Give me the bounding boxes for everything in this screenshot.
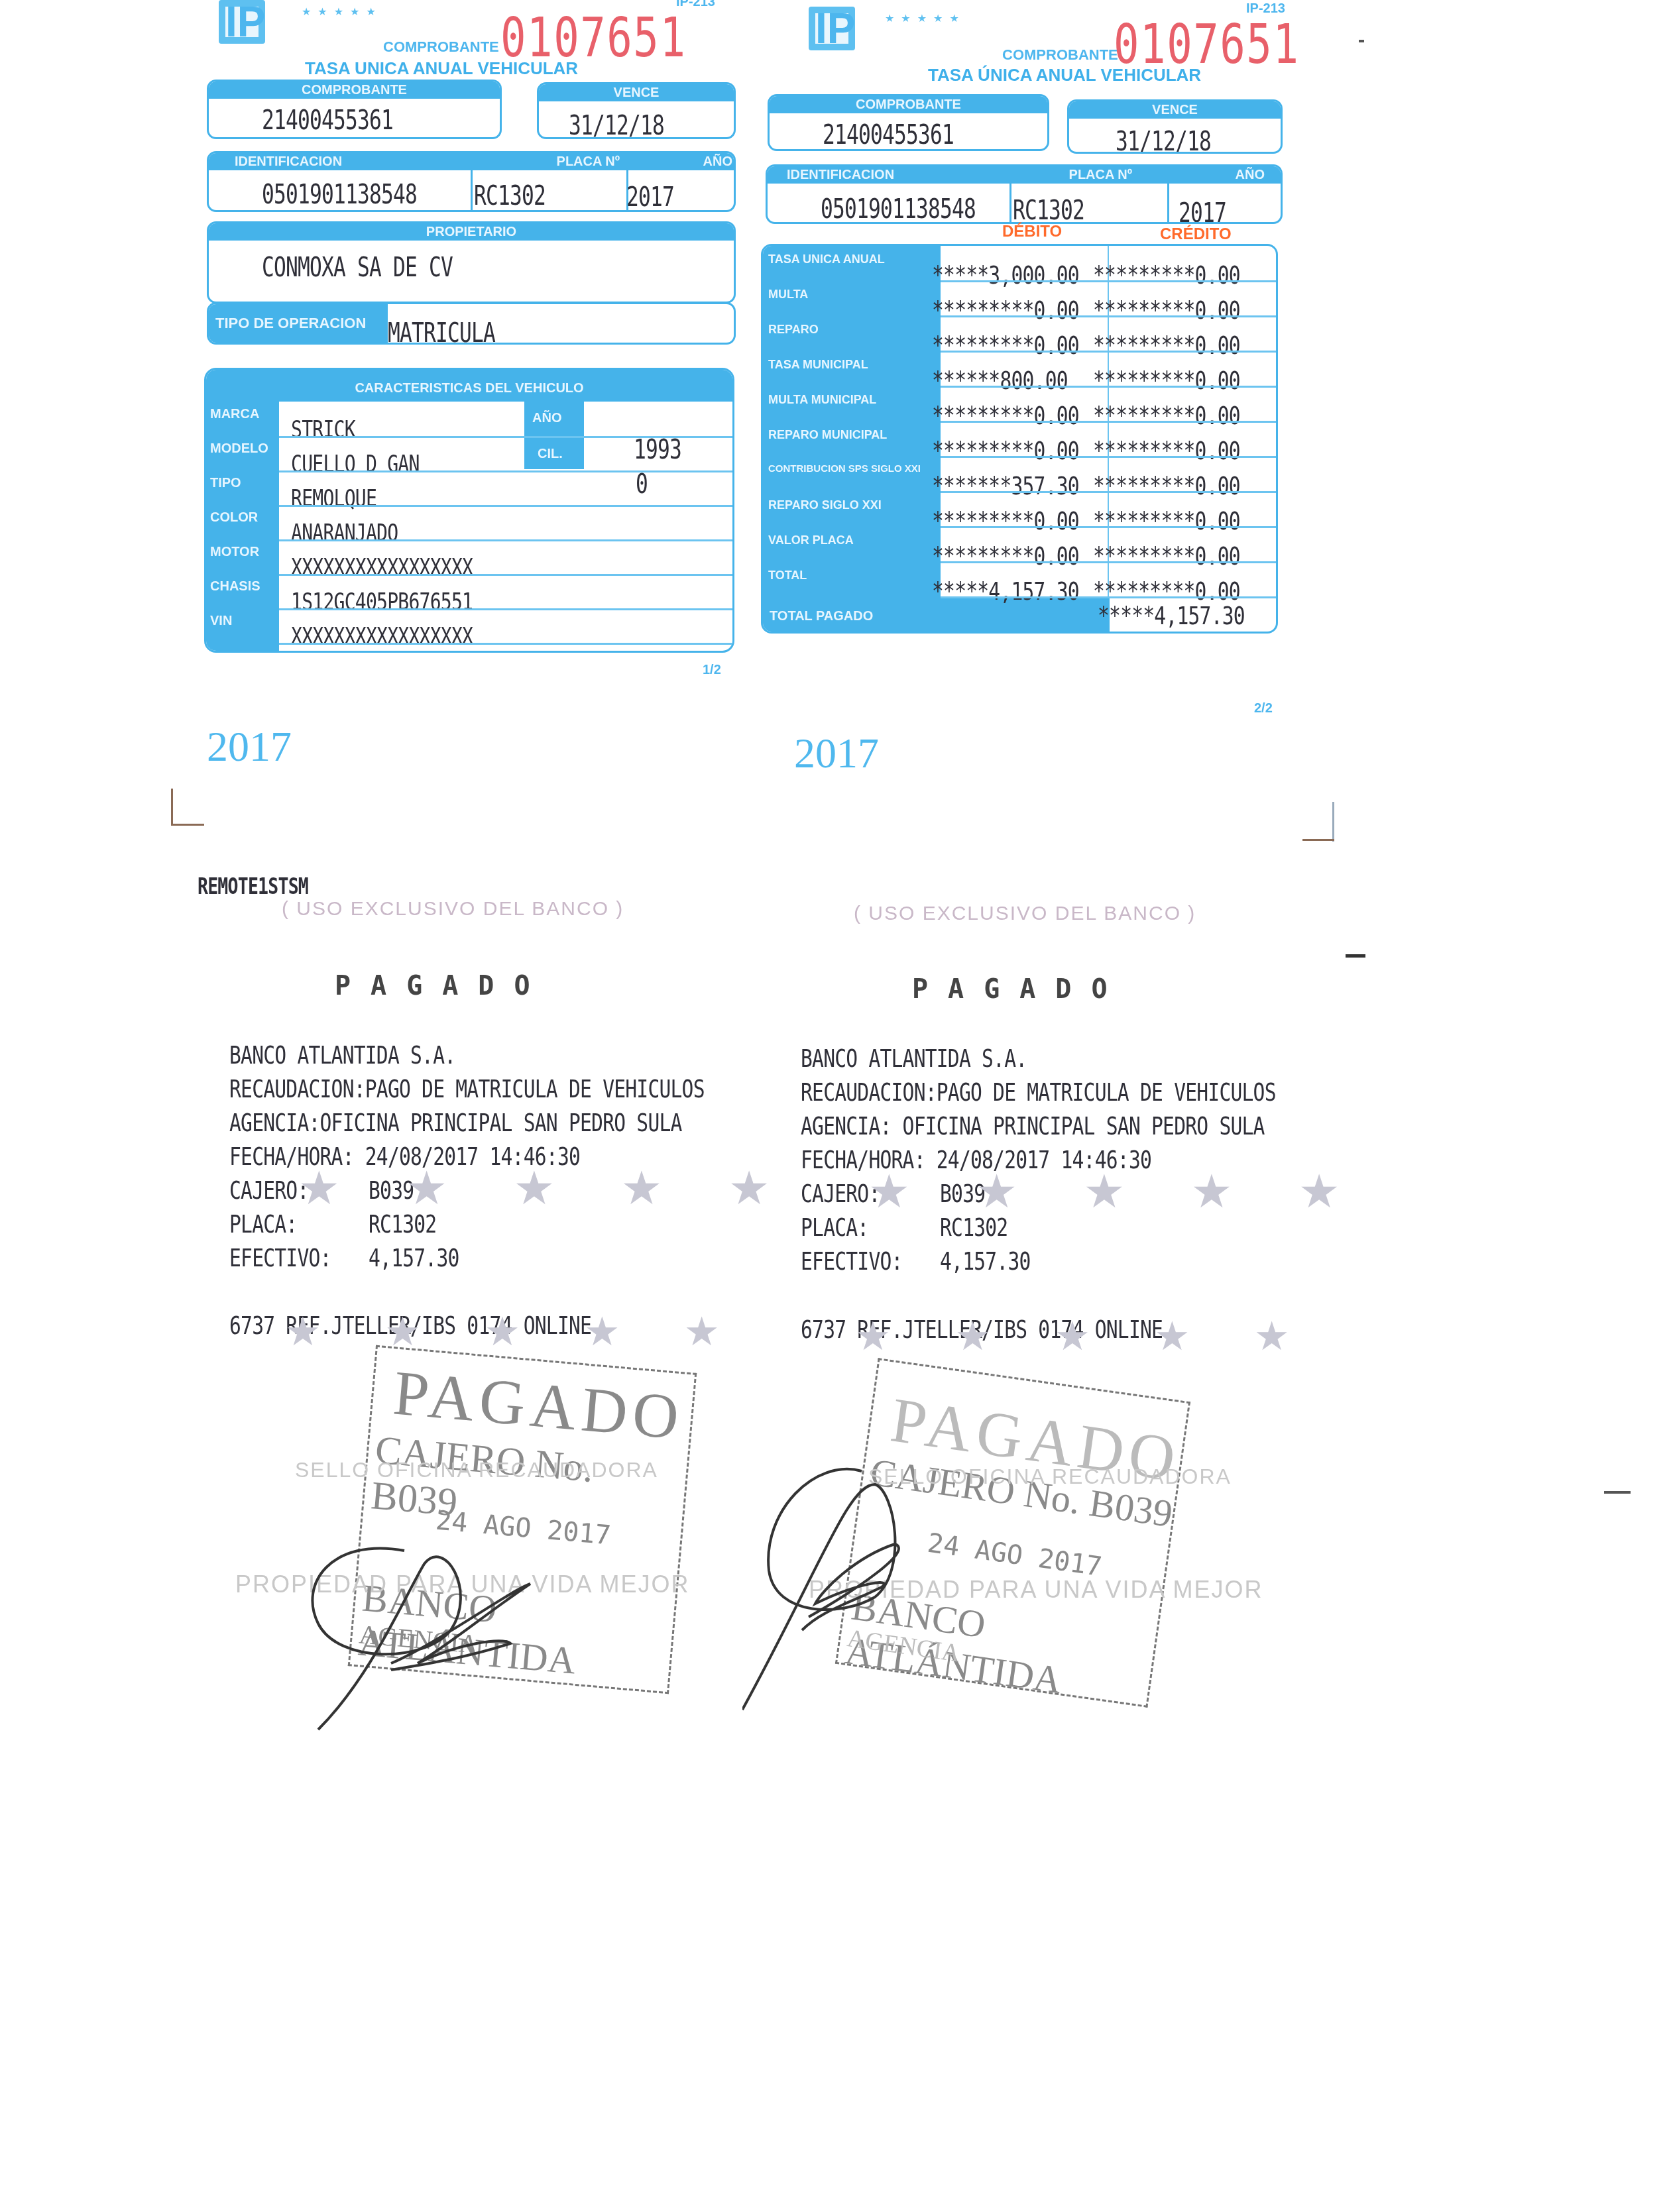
identificacion-box: IDENTIFICACION PLACA Nº AÑO 050190113854… <box>207 151 736 212</box>
charge-credito: *********0.00 <box>1093 436 1240 465</box>
charge-credito: *********0.00 <box>1093 366 1240 395</box>
charge-credito: *********0.00 <box>1093 471 1240 500</box>
row-line <box>279 643 732 645</box>
charge-debito: *********0.00 <box>932 296 1079 325</box>
row-line <box>941 526 1276 528</box>
charge-credito: *********0.00 <box>1093 506 1240 535</box>
charge-credito: *********0.00 <box>1093 260 1240 290</box>
cajero-label: CAJERO: <box>229 1176 308 1205</box>
year-watermark: 2017 <box>207 722 292 771</box>
car-cil-label: CIL. <box>538 447 563 462</box>
car-row-value: STRICK <box>291 416 355 443</box>
row-line <box>941 386 1276 388</box>
ip-logo-icon: IP <box>219 0 265 44</box>
vence-label: VENCE <box>1069 101 1281 119</box>
vence-value: 31/12/18 <box>1116 127 1211 154</box>
stars-watermark-icon: ★ ★ ★ ★ ★ <box>285 1309 746 1355</box>
crop-mark <box>1332 802 1334 842</box>
row-line <box>941 596 1276 598</box>
identificacion-header: IDENTIFICACION PLACA Nº AÑO <box>209 153 734 170</box>
bank-line: RECAUDACION:PAGO DE MATRICULA DE VEHICUL… <box>801 1078 1276 1111</box>
car-row-label: MOTOR <box>210 545 259 560</box>
row-line <box>941 351 1276 353</box>
row-line <box>279 574 732 576</box>
row-line <box>279 470 732 472</box>
bank-lines: BANCO ATLANTIDA S.A. RECAUDACION:PAGO DE… <box>801 1044 1410 1280</box>
car-row-value: XXXXXXXXXXXXXXXXX <box>291 623 473 650</box>
row-line <box>941 280 1276 282</box>
car-anio-value: 1993 <box>634 435 681 465</box>
efectivo-value: 4,157.30 <box>940 1246 1031 1276</box>
credito-label: CRÉDITO <box>1160 225 1232 244</box>
placa-value: RC1302 <box>474 181 546 211</box>
charge-debito: *********0.00 <box>932 436 1079 465</box>
stars-watermark-icon: ★ ★ ★ ★ ★ <box>855 1313 1316 1360</box>
crop-mark <box>1302 839 1334 841</box>
efectivo-label: EFECTIVO: <box>229 1243 331 1272</box>
vence-box: VENCE 31/12/18 <box>537 82 736 139</box>
stars-watermark-icon: ★ ★ ★ ★ ★ <box>298 1161 797 1215</box>
stars-icon: ★★★★★ <box>302 5 382 19</box>
placa-label: PLACA: <box>229 1209 297 1239</box>
row-line <box>279 539 732 541</box>
row-line <box>941 561 1276 563</box>
page-indicator: 2/2 <box>1254 701 1273 716</box>
car-anio-label: AÑO <box>532 411 561 426</box>
row-line <box>941 456 1276 458</box>
charge-debito: *****4,157.30 <box>932 577 1079 606</box>
charge-label: TASA MUNICIPAL <box>768 358 868 372</box>
anio-label: AÑO <box>1132 166 1265 184</box>
efectivo-value: 4,157.30 <box>369 1243 459 1272</box>
year-watermark: 2017 <box>794 729 879 778</box>
identificacion-value: 0501901138548 <box>262 180 417 210</box>
page-indicator: 1/2 <box>703 663 721 678</box>
comprobante-box: COMPROBANTE 21400455361 <box>207 80 502 139</box>
identificacion-value: 0501901138548 <box>821 194 976 224</box>
sello-oficina-label: SELLO OFICINA RECAUDADORA <box>295 1458 658 1482</box>
signature-icon <box>742 1445 1021 1723</box>
propietario-label: PROPIETARIO <box>209 223 734 241</box>
charge-credito: *********0.00 <box>1093 401 1240 430</box>
car-cil-value: 0 <box>636 469 648 500</box>
charge-debito: *********0.00 <box>932 541 1079 571</box>
charge-label: REPARO MUNICIPAL <box>768 428 887 442</box>
pagado-status: PAGADO <box>335 971 550 1001</box>
car-row-value: XXXXXXXXXXXXXXXXX <box>291 554 473 581</box>
charge-label: TOTAL <box>768 569 807 582</box>
row-line <box>941 421 1276 423</box>
row-line <box>279 505 732 507</box>
divider <box>1009 184 1011 222</box>
comprobante-value: 21400455361 <box>823 120 954 150</box>
placa-label: PLACA Nº <box>913 166 1132 184</box>
efectivo-label: EFECTIVO: <box>801 1246 903 1276</box>
row-line <box>941 491 1276 493</box>
propietario-value: CONMOXA SA DE CV <box>262 252 453 283</box>
divider <box>1167 184 1169 222</box>
identificacion-header: IDENTIFICACION PLACA Nº AÑO <box>768 166 1281 184</box>
car-row-label: MARCA <box>210 407 259 422</box>
stars-icon: ★★★★★ <box>885 12 966 25</box>
bank-line: RECAUDACION:PAGO DE MATRICULA DE VEHICUL… <box>229 1074 705 1108</box>
propietario-box: PROPIETARIO CONMOXA SA DE CV <box>207 221 736 304</box>
placa-label: PLACA Nº <box>368 153 620 170</box>
crop-mark <box>171 824 204 826</box>
row-line <box>941 315 1276 317</box>
car-row-value: REMOLQUE <box>291 485 376 512</box>
charge-debito: *****3,000.00 <box>932 260 1079 290</box>
efectivo-row: EFECTIVO: 4,157.30 <box>229 1243 838 1277</box>
uso-exclusivo-label: ( USO EXCLUSIVO DEL BANCO ) <box>854 903 1196 925</box>
comprobante-label: COMPROBANTE <box>209 82 500 99</box>
caracteristicas-title: CARACTERISTICAS DEL VEHICULO <box>206 370 732 402</box>
charge-label: CONTRIBUCION SPS SIGLO XXI <box>768 463 921 474</box>
charge-credito: *********0.00 <box>1093 541 1240 571</box>
car-row-value: CUELLO D GAN <box>291 451 420 478</box>
uso-exclusivo-label: ( USO EXCLUSIVO DEL BANCO ) <box>282 898 624 920</box>
vence-label: VENCE <box>539 84 734 101</box>
charge-debito: *********0.00 <box>932 506 1079 535</box>
identificacion-label: IDENTIFICACION <box>209 153 368 170</box>
charge-debito: *********0.00 <box>932 331 1079 360</box>
bank-lines: BANCO ATLANTIDA S.A. RECAUDACION:PAGO DE… <box>229 1040 838 1277</box>
car-row-label: MODELO <box>210 441 268 457</box>
bank-line: BANCO ATLANTIDA S.A. <box>801 1044 1276 1078</box>
car-row-label: COLOR <box>210 510 258 525</box>
form-title: TASA UNICA ANUAL VEHICULAR <box>305 58 578 79</box>
car-row-value: ANARANJADO <box>291 520 398 547</box>
signature-icon <box>292 1511 570 1736</box>
comprobante-label: COMPROBANTE <box>770 96 1047 113</box>
efectivo-row: EFECTIVO: 4,157.30 <box>801 1246 1410 1280</box>
placa-label: PLACA: <box>801 1213 868 1242</box>
car-row-label: TIPO <box>210 476 241 491</box>
pagado-status: PAGADO <box>912 974 1127 1005</box>
charge-credito: *********0.00 <box>1093 296 1240 325</box>
terminal-id: REMOTE1STSM <box>198 873 308 900</box>
anio-value: 2017 <box>1179 198 1226 224</box>
debito-label: DÉBITO <box>1002 223 1062 241</box>
identificacion-box: IDENTIFICACION PLACA Nº AÑO 050190113854… <box>766 164 1283 224</box>
charge-debito: *********0.00 <box>932 401 1079 430</box>
identificacion-label: IDENTIFICACION <box>768 166 913 184</box>
anio-value: 2017 <box>626 182 674 212</box>
vence-value: 31/12/18 <box>569 111 664 139</box>
total-pagado-label: TOTAL PAGADO <box>770 609 873 624</box>
charge-label: REPARO SIGLO XXI <box>768 498 882 512</box>
charge-label: MULTA MUNICIPAL <box>768 393 876 407</box>
bank-line: AGENCIA: OFICINA PRINCIPAL SAN PEDRO SUL… <box>801 1111 1276 1145</box>
caracteristicas-box: CARACTERISTICAS DEL VEHICULO AÑO CIL. MA… <box>204 368 734 653</box>
bank-line: AGENCIA:OFICINA PRINCIPAL SAN PEDRO SULA <box>229 1108 705 1142</box>
scan-speck <box>1604 1491 1631 1494</box>
comprobante-box: COMPROBANTE 21400455361 <box>768 94 1049 151</box>
charge-credito: *********0.00 <box>1093 331 1240 360</box>
charge-label: MULTA <box>768 288 808 302</box>
scan-speck <box>1359 40 1364 42</box>
crop-mark <box>171 789 173 825</box>
comprobante-header-label: COMPROBANTE <box>383 38 499 56</box>
total-pagado-value: *****4,157.30 <box>1098 601 1245 630</box>
charges-table: TASA UNICA ANUAL*****3,000.00*********0.… <box>761 244 1278 634</box>
form-title: TASA ÚNICA ANUAL VEHICULAR <box>928 65 1201 85</box>
charge-label: REPARO <box>768 323 819 337</box>
charge-debito: *******357.30 <box>932 471 1079 500</box>
ip-logo-icon: IP <box>809 7 855 50</box>
car-row-label: CHASIS <box>210 579 260 594</box>
comprobante-header-label: COMPROBANTE <box>1002 46 1118 64</box>
car-row-value: 1S12GC405PB676551 <box>291 588 473 616</box>
tipo-operacion-label: TIPO DE OPERACION <box>215 315 366 332</box>
charge-debito: ******800.00 <box>932 366 1068 395</box>
tipo-operacion-value: MATRICULA <box>388 318 495 349</box>
charge-label: VALOR PLACA <box>768 533 854 547</box>
scan-speck <box>1346 954 1365 958</box>
row-line <box>279 608 732 610</box>
divider <box>471 170 473 210</box>
vence-box: VENCE 31/12/18 <box>1067 99 1283 154</box>
anio-label: AÑO <box>620 153 732 170</box>
comprobante-value: 21400455361 <box>262 105 393 136</box>
bank-line: BANCO ATLANTIDA S.A. <box>229 1040 705 1074</box>
charge-label: TASA UNICA ANUAL <box>768 252 885 266</box>
placa-value: RC1302 <box>1013 195 1084 224</box>
stars-watermark-icon: ★ ★ ★ ★ ★ <box>868 1164 1367 1219</box>
car-row-label: VIN <box>210 614 232 629</box>
